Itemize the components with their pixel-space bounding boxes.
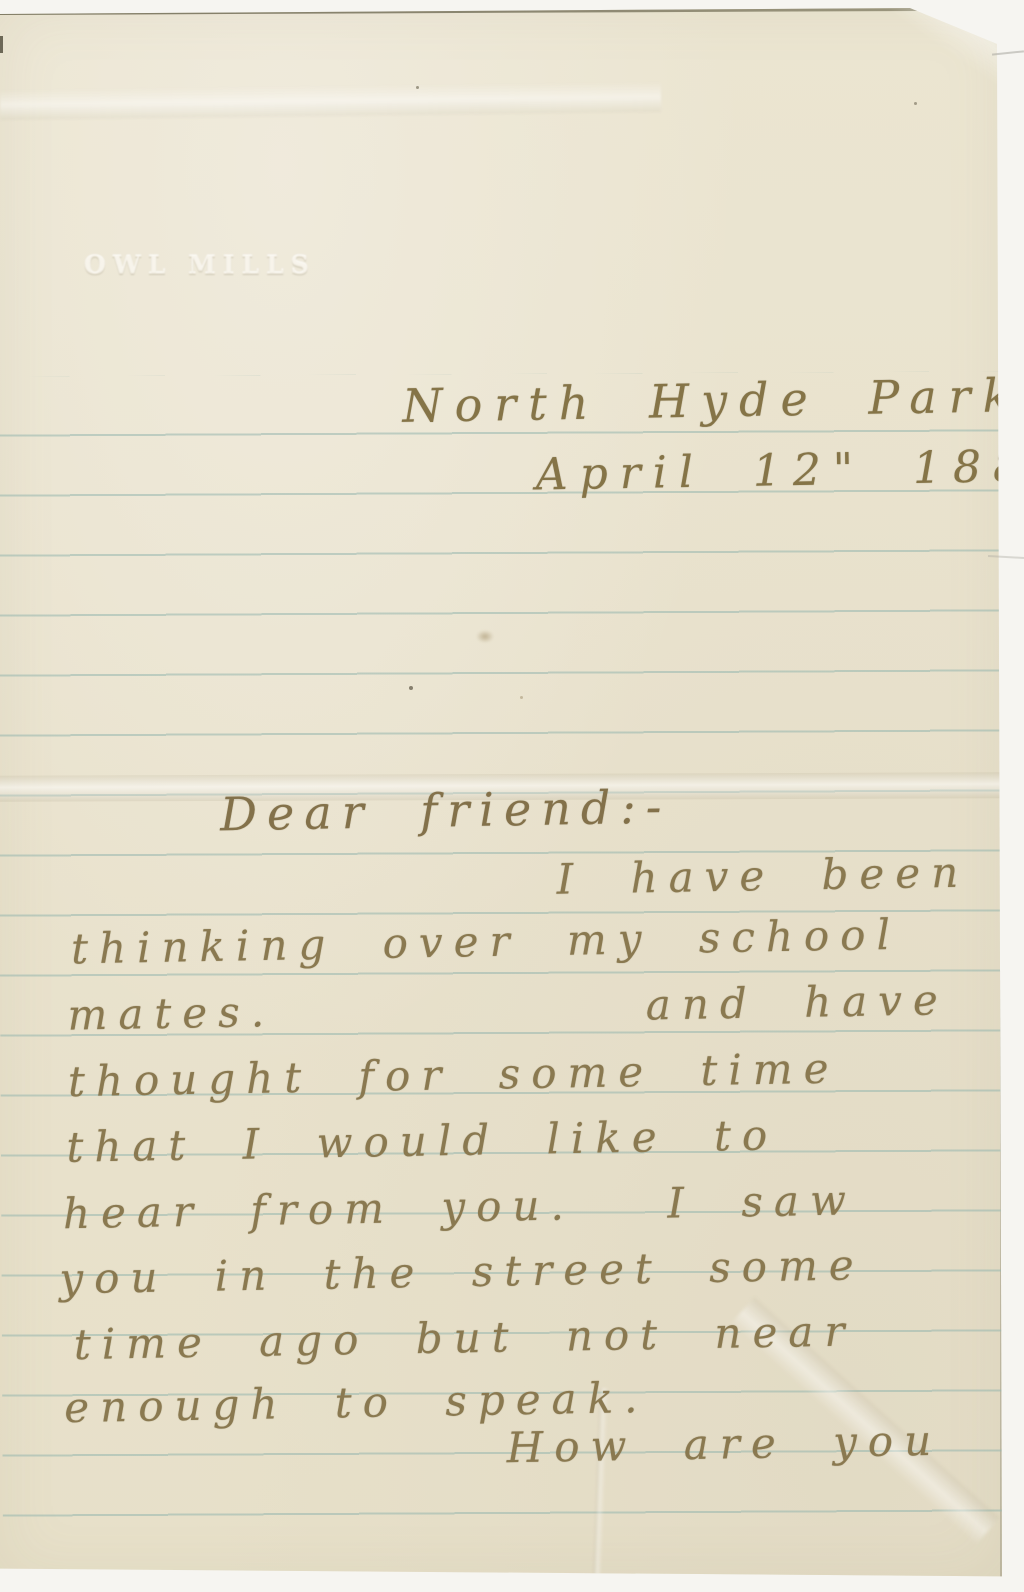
handwriting-line: hear from you. I saw <box>63 1179 858 1235</box>
handwriting-line: I have been <box>556 852 969 901</box>
handwriting-line: you in the street some <box>59 1244 865 1300</box>
handwriting-place-line: North Hyde Park <box>402 372 1023 429</box>
handwriting-line: thinking over my school <box>71 914 902 970</box>
handwriting-block: North Hyde Park April 12" 1887 Dear frie… <box>0 5 1007 1582</box>
handwriting-line: that I would like to <box>66 1114 778 1168</box>
letter-paper: OWL MILLS North Hyde Park April 12" 1887… <box>0 8 1002 1578</box>
handwriting-line: enough to speak. <box>64 1377 649 1429</box>
handwriting-line: thought for some time <box>68 1048 840 1103</box>
scanned-letter-page: OWL MILLS North Hyde Park April 12" 1887… <box>0 0 1024 1592</box>
handwriting-date-line: April 12" 1887 <box>535 444 1024 497</box>
handwriting-line: time ago but not near <box>73 1310 855 1366</box>
handwriting-salutation: Dear friend:- <box>220 783 672 837</box>
handwriting-line: How are you <box>506 1420 942 1470</box>
handwriting-line: mates. and have <box>67 979 949 1036</box>
